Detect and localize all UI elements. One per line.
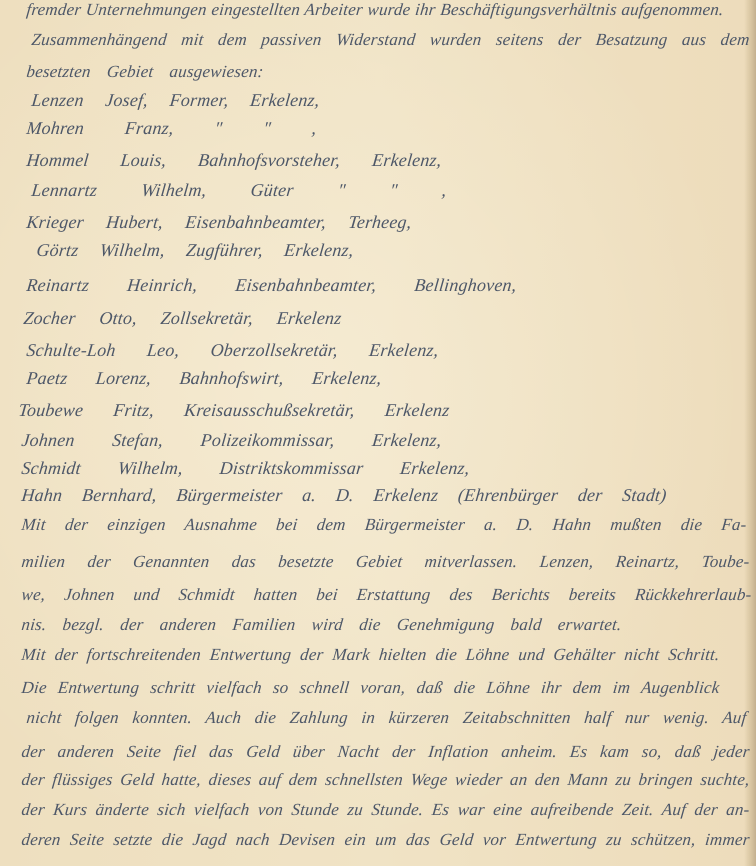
expelled-person-entry: Schmidt Wilhelm, Distriktskommissar Erke… [20, 453, 471, 483]
text-line: deren Seite setzte die Jagd nach Devisen… [20, 825, 751, 855]
text-line: Zusammenhängend mit dem passiven Widerst… [30, 25, 751, 55]
expelled-person-entry: Lenzen Josef, Former, Erkelenz, [30, 85, 321, 115]
text-line: Mit der einzigen Ausnahme bei dem Bürger… [20, 510, 748, 540]
text-line: der flüssiges Geld hatte, dieses auf dem… [20, 765, 751, 795]
text-line: Die Entwertung schritt vielfach so schne… [20, 673, 721, 703]
text-line: besetzten Gebiet ausgewiesen: [25, 57, 265, 87]
expelled-person-entry: Görtz Wilhelm, Zugführer, Erkelenz, [35, 235, 355, 265]
text-line: Mit der fortschreitenden Entwertung der … [20, 640, 721, 670]
text-line: nis. bezgl. der anderen Familien wird di… [20, 610, 623, 640]
expelled-person-entry: Paetz Lorenz, Bahnhofswirt, Erkelenz, [25, 363, 383, 393]
text-line: we, Johnen und Schmidt hatten bei Erstat… [20, 580, 753, 610]
text-line: der anderen Seite fiel das Geld über Nac… [20, 737, 751, 767]
expelled-person-entry: Toubewe Fritz, Kreisausschußsekretär, Er… [17, 395, 451, 425]
expelled-person-entry: Johnen Stefan, Polizeikommissar, Erkelen… [20, 425, 443, 455]
text-line: nicht folgen konnten. Auch die Zahlung i… [25, 703, 748, 733]
expelled-person-entry: Schulte-Loh Leo, Oberzollsekretär, Erkel… [25, 335, 440, 365]
text-line: fremder Unternehmungen eingestellten Arb… [25, 0, 725, 25]
expelled-person-entry: Krieger Hubert, Eisenbahnbeamter, Terhee… [25, 207, 413, 237]
expelled-person-entry: Hommel Louis, Bahnhofsvorsteher, Erkelen… [25, 145, 443, 175]
handwritten-page: fremder Unternehmungen eingestellten Arb… [0, 0, 756, 866]
expelled-person-entry: Mohren Franz, " " , [25, 113, 318, 143]
text-line: der Kurs änderte sich vielfach von Stund… [20, 795, 751, 825]
expelled-person-entry: Reinartz Heinrich, Eisenbahnbeamter, Bel… [25, 270, 518, 300]
text-line: milien der Genannten das besetzte Gebiet… [20, 547, 751, 577]
expelled-person-entry: Lennartz Wilhelm, Güter " " , [30, 175, 448, 205]
expelled-person-entry: Zocher Otto, Zollsekretär, Erkelenz [22, 303, 343, 333]
expelled-person-entry: Hahn Bernhard, Bürgermeister a. D. Erkel… [20, 480, 668, 510]
